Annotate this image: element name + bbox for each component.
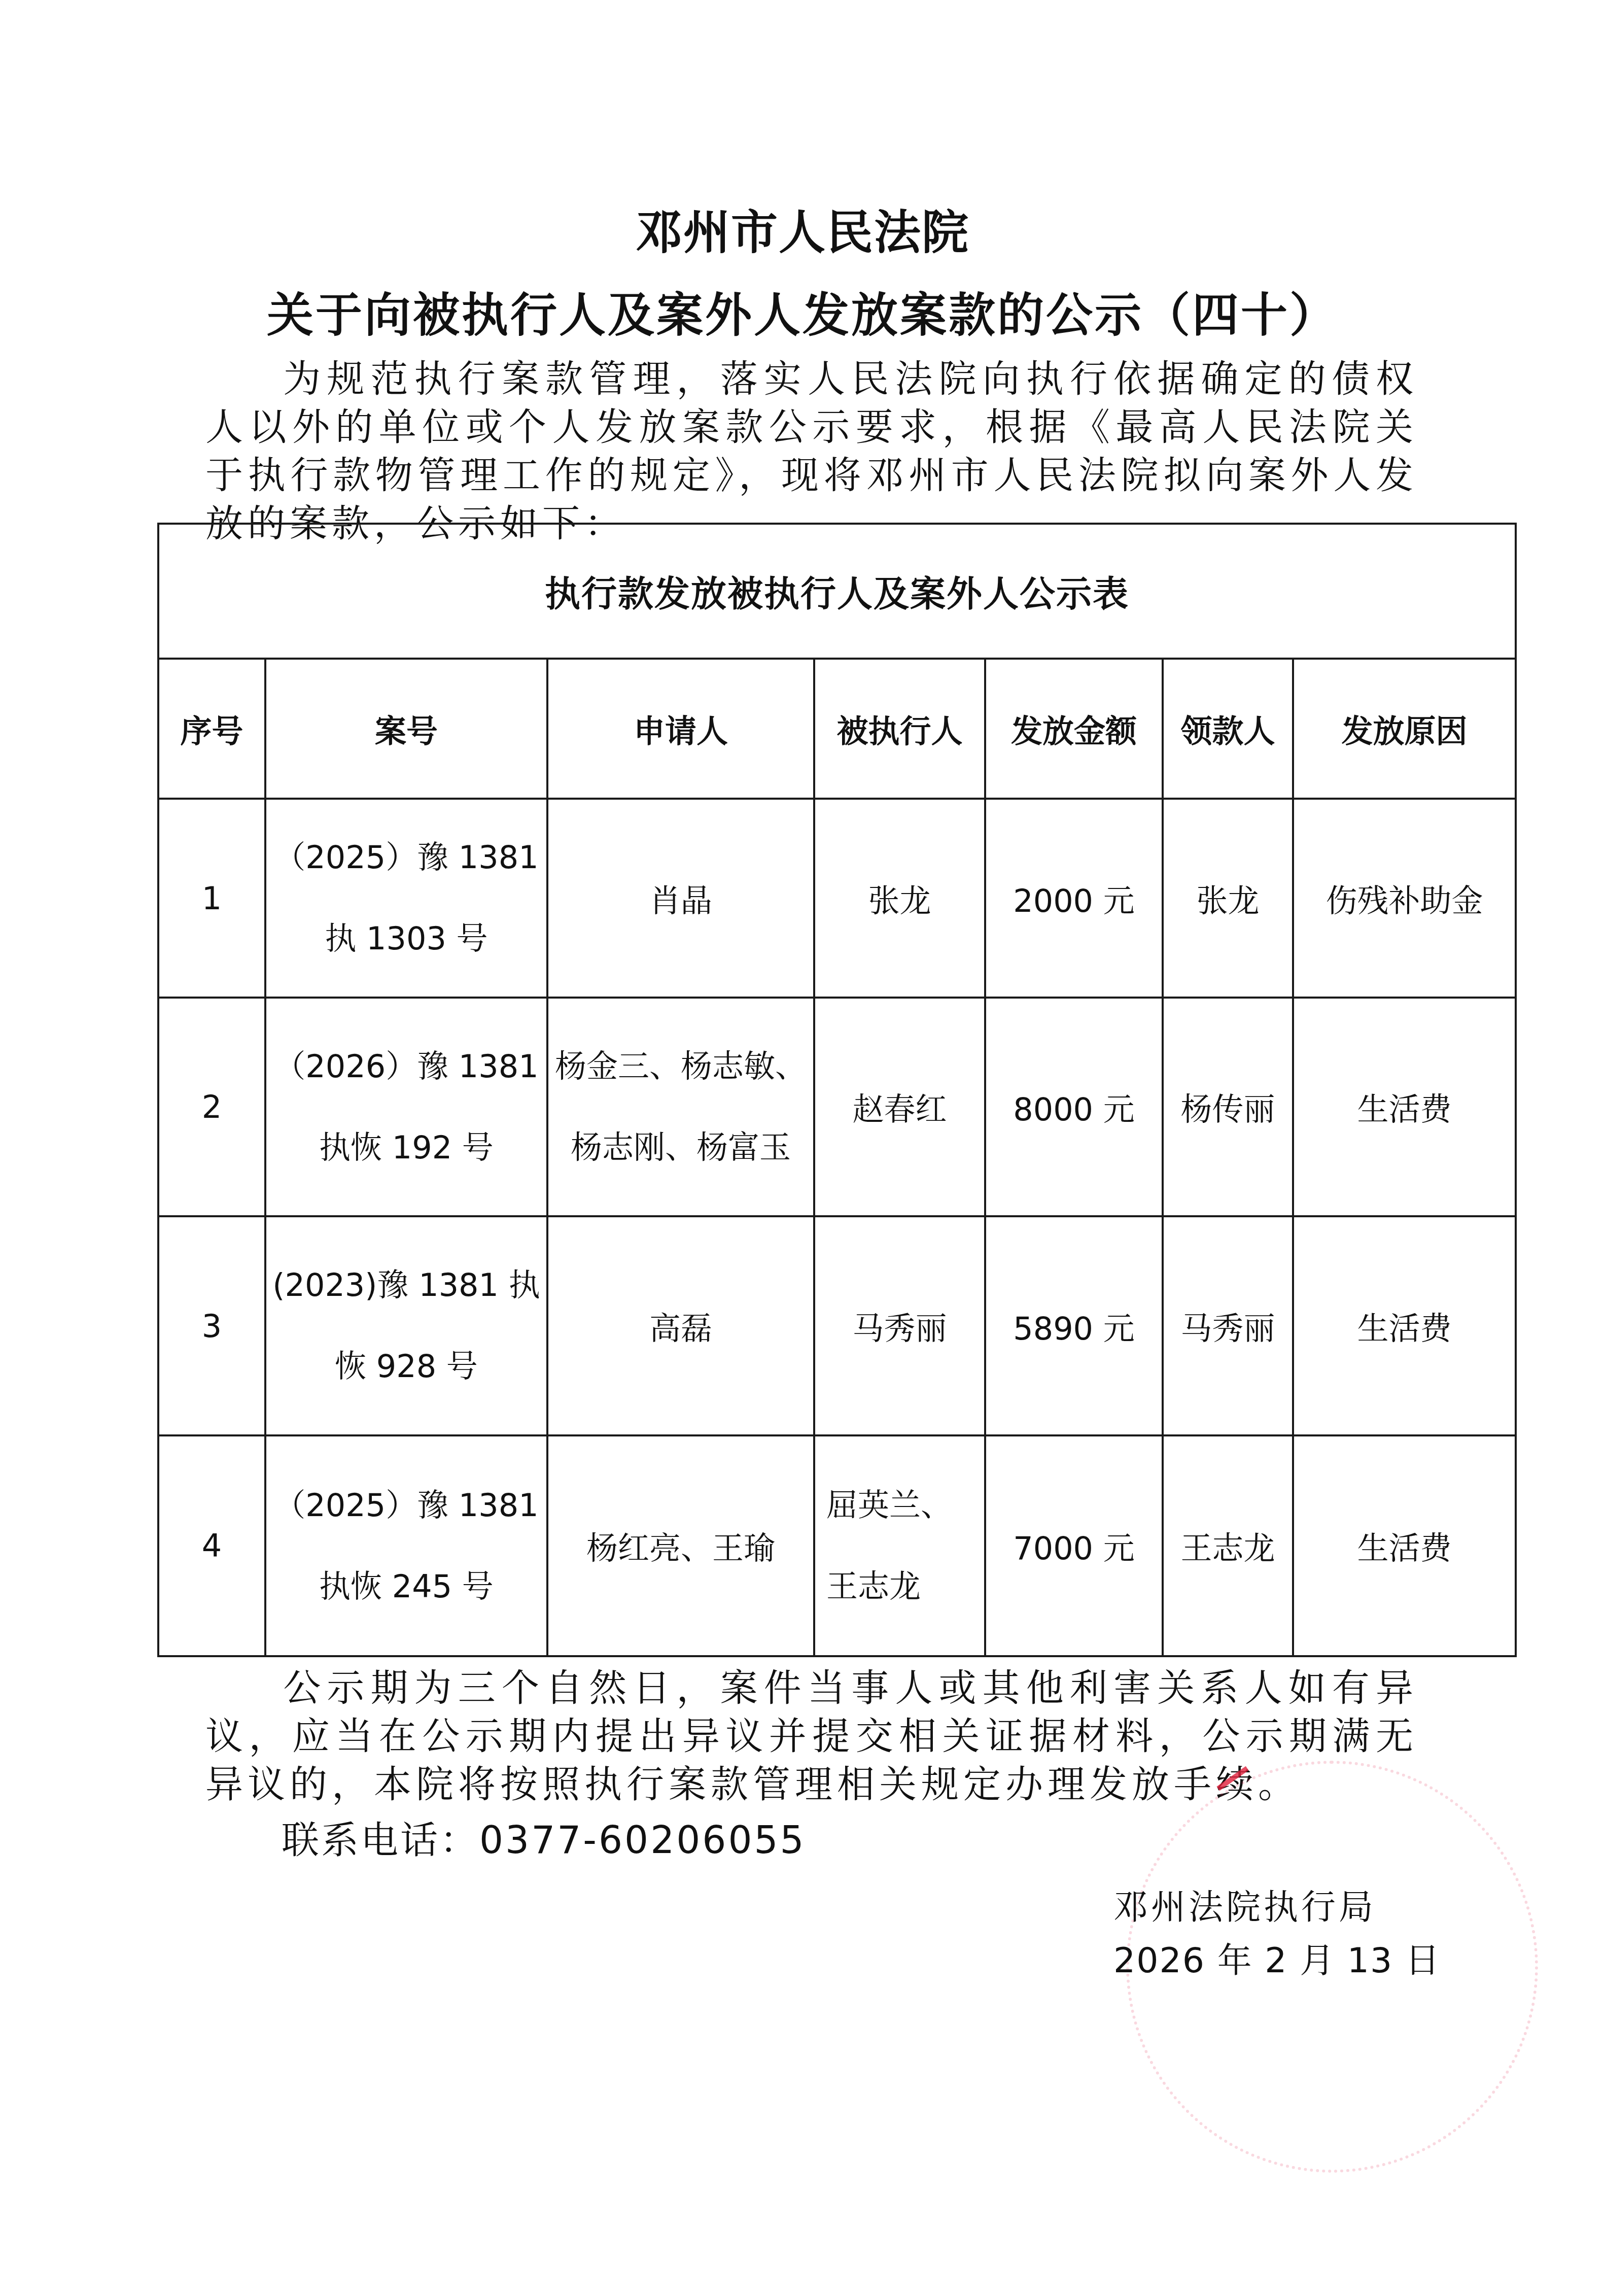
- table-header-row: 序号 案号 申请人 被执行人 发放金额 领款人 发放原因: [158, 659, 1516, 799]
- cell-seq: 1: [158, 799, 265, 998]
- case-no-line2: 恢 928 号: [266, 1326, 546, 1407]
- contact-phone: 联系电话：0377-60206055: [282, 1810, 806, 1864]
- cell-applicant: 杨红亮、王瑜: [547, 1435, 814, 1656]
- cell-reason: 伤残补助金: [1293, 799, 1516, 998]
- cell-amount: 8000 元: [985, 998, 1163, 1216]
- cell-applicant: 高磊: [547, 1216, 814, 1435]
- signature-organization: 邓州法院执行局: [1113, 1880, 1376, 1929]
- cell-applicant: 肖晶: [547, 799, 814, 998]
- cell-reason: 生活费: [1293, 998, 1516, 1216]
- cell-case-no: （2025）豫 1381执 1303 号: [265, 799, 547, 998]
- court-name-title: 邓州市人民法院: [0, 195, 1605, 262]
- cell-respondent: 屈英兰、王志龙: [814, 1435, 985, 1656]
- table-row: 2 （2026）豫 1381执恢 192 号 杨金三、杨志敏、杨志刚、杨富玉 赵…: [158, 998, 1516, 1216]
- case-no-line1: （2025）豫 1381: [266, 817, 546, 898]
- applicant-line2: 杨志刚、杨富玉: [548, 1107, 813, 1188]
- header-seq: 序号: [158, 659, 265, 799]
- cell-reason: 生活费: [1293, 1216, 1516, 1435]
- header-case-no: 案号: [265, 659, 547, 799]
- cell-payee: 杨传丽: [1163, 998, 1293, 1216]
- header-applicant: 申请人: [547, 659, 814, 799]
- respondent-line1: 屈英兰、: [826, 1465, 984, 1546]
- case-no-line1: （2026）豫 1381: [266, 1026, 546, 1107]
- cell-applicant: 杨金三、杨志敏、杨志刚、杨富玉: [547, 998, 814, 1216]
- cell-amount: 7000 元: [985, 1435, 1163, 1656]
- cell-payee: 王志龙: [1163, 1435, 1293, 1656]
- disbursement-table: 执行款发放被执行人及案外人公示表 序号 案号 申请人 被执行人 发放金额 领款人…: [157, 523, 1517, 1657]
- cell-reason: 生活费: [1293, 1435, 1516, 1656]
- header-payee: 领款人: [1163, 659, 1293, 799]
- notice-title: 关于向被执行人及案外人发放案款的公示（四十）: [0, 278, 1605, 345]
- applicant-line1: 杨红亮、王瑜: [548, 1523, 813, 1568]
- cell-case-no: (2023)豫 1381 执恢 928 号: [265, 1216, 547, 1435]
- cell-amount: 5890 元: [985, 1216, 1163, 1435]
- applicant-line1: 杨金三、杨志敏、: [548, 1026, 813, 1107]
- case-no-line2: 执恢 245 号: [266, 1546, 546, 1627]
- respondent-line2: 王志龙: [826, 1546, 984, 1627]
- table-caption: 执行款发放被执行人及案外人公示表: [158, 524, 1516, 659]
- cell-respondent: 马秀丽: [814, 1216, 985, 1435]
- applicant-line1: 高磊: [548, 1304, 813, 1349]
- respondent-line1: 马秀丽: [815, 1304, 984, 1349]
- header-respondent: 被执行人: [814, 659, 985, 799]
- signature-date: 2026 年 2 月 13 日: [1113, 1933, 1441, 1982]
- cell-seq: 3: [158, 1216, 265, 1435]
- header-reason: 发放原因: [1293, 659, 1516, 799]
- cell-seq: 4: [158, 1435, 265, 1656]
- cell-amount: 2000 元: [985, 799, 1163, 998]
- cell-case-no: （2026）豫 1381执恢 192 号: [265, 998, 547, 1216]
- respondent-line1: 赵春红: [815, 1084, 984, 1129]
- case-no-line1: （2025）豫 1381: [266, 1465, 546, 1546]
- cell-payee: 张龙: [1163, 799, 1293, 998]
- cell-case-no: （2025）豫 1381执恢 245 号: [265, 1435, 547, 1656]
- applicant-line1: 肖晶: [548, 876, 813, 921]
- cell-respondent: 赵春红: [814, 998, 985, 1216]
- intro-paragraph: 为规范执行案款管理，落实人民法院向执行依据确定的债权人以外的单位或个人发放案款公…: [205, 355, 1418, 548]
- table-row: 3 (2023)豫 1381 执恢 928 号 高磊 马秀丽 5890 元 马秀…: [158, 1216, 1516, 1435]
- header-amount: 发放金额: [985, 659, 1163, 799]
- case-no-line2: 执 1303 号: [266, 898, 546, 979]
- case-no-line1: (2023)豫 1381 执: [266, 1245, 546, 1326]
- cell-seq: 2: [158, 998, 265, 1216]
- respondent-line1: 张龙: [815, 876, 984, 921]
- cell-payee: 马秀丽: [1163, 1216, 1293, 1435]
- cell-respondent: 张龙: [814, 799, 985, 998]
- table-row: 4 （2025）豫 1381执恢 245 号 杨红亮、王瑜 屈英兰、王志龙 70…: [158, 1435, 1516, 1656]
- table-row: 1 （2025）豫 1381执 1303 号 肖晶 张龙 2000 元 张龙 伤…: [158, 799, 1516, 998]
- case-no-line2: 执恢 192 号: [266, 1107, 546, 1188]
- intro-paragraph-text: 为规范执行案款管理，落实人民法院向执行依据确定的债权人以外的单位或个人发放案款公…: [205, 357, 1418, 545]
